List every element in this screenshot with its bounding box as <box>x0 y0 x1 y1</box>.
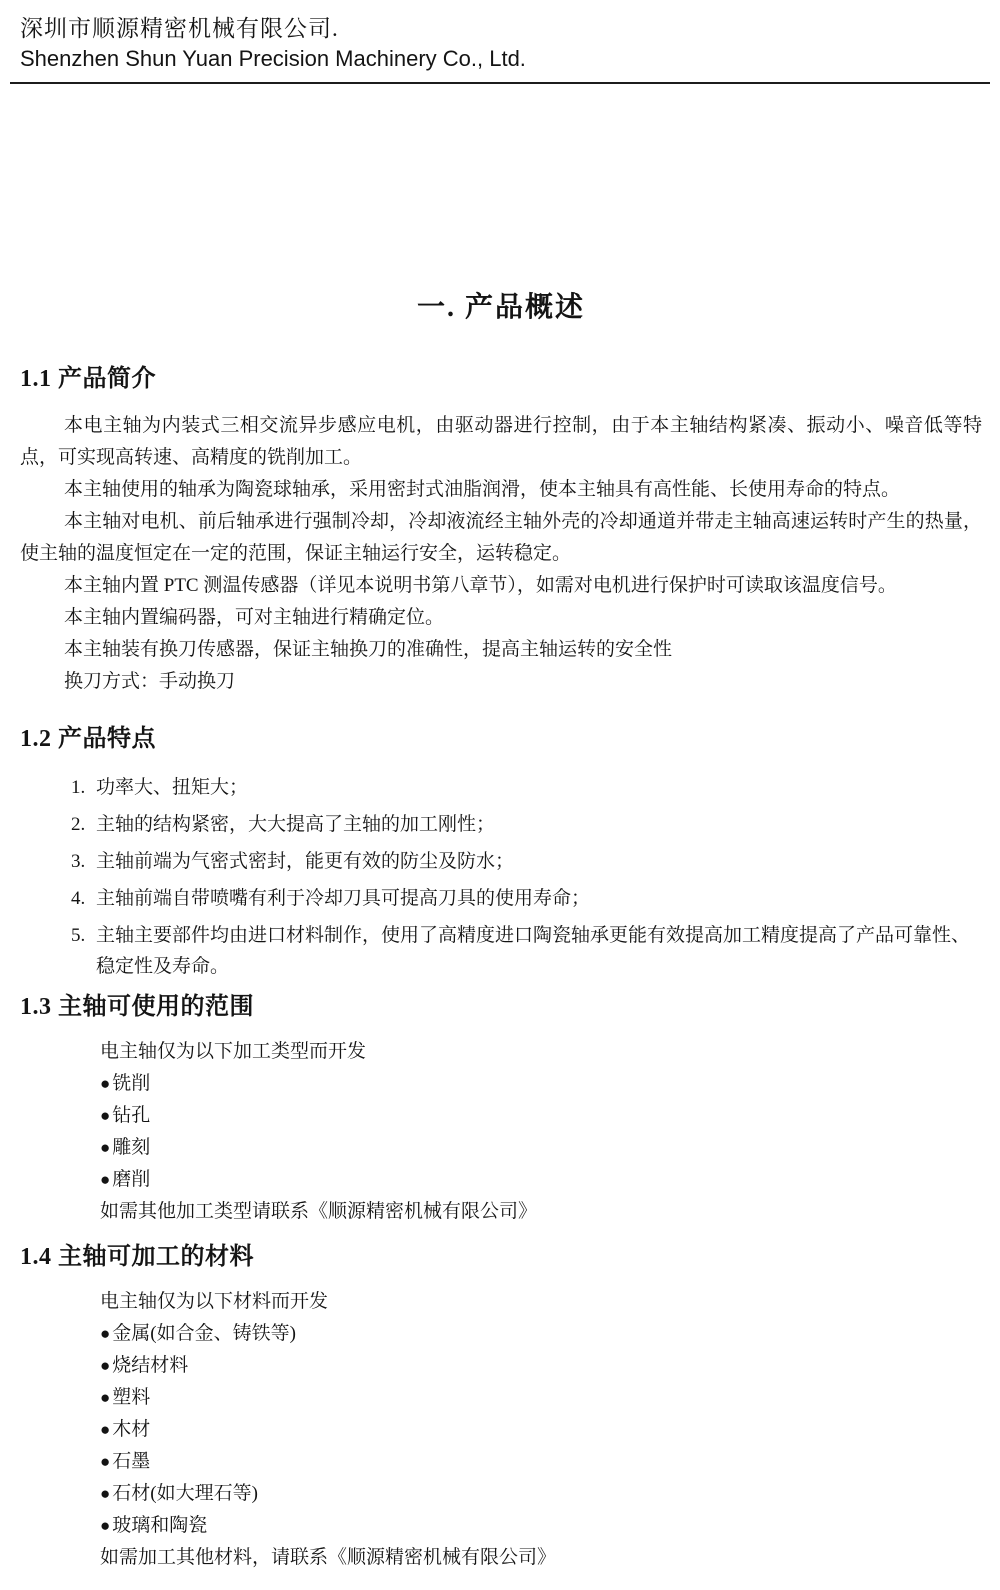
bullet-icon: ● <box>100 1106 110 1125</box>
company-name-en: Shenzhen Shun Yuan Precision Machinery C… <box>20 44 982 74</box>
feature-item: 主轴前端为气密式密封，能更有效的防尘及防水； <box>90 846 982 877</box>
usage-bullet-label: 磨削 <box>112 1169 150 1190</box>
material-bullet-item: ●石材(如大理石等) <box>100 1478 982 1510</box>
bullet-icon: ● <box>100 1356 110 1375</box>
usage-bullet-label: 雕刻 <box>112 1137 150 1158</box>
bullet-icon: ● <box>100 1324 110 1343</box>
section-heading-1-4: 1.4 主轴可加工的材料 <box>20 1240 982 1274</box>
bullet-icon: ● <box>100 1138 110 1157</box>
feature-item: 主轴前端自带喷嘴有利于冷却刀具可提高刀具的使用寿命； <box>90 883 982 914</box>
bullet-icon: ● <box>100 1516 110 1535</box>
paragraph: 本主轴对电机、前后轴承进行强制冷却，冷却液流经主轴外壳的冷却通道并带走主轴高速运… <box>20 506 982 570</box>
company-name-cn: 深圳市顺源精密机械有限公司. <box>20 14 982 44</box>
usage-bullet-label: 铣削 <box>112 1073 150 1094</box>
material-bullet-label: 石墨 <box>112 1451 150 1472</box>
section-heading-1-3: 1.3 主轴可使用的范围 <box>20 990 982 1024</box>
feature-item: 主轴主要部件均由进口材料制作，使用了高精度进口陶瓷轴承更能有效提高加工精度提高了… <box>90 920 982 982</box>
material-bullet-item: ●烧结材料 <box>100 1350 982 1382</box>
document-page: 深圳市顺源精密机械有限公司. Shenzhen Shun Yuan Precis… <box>0 0 1000 1590</box>
material-bullet-label: 塑料 <box>112 1387 150 1408</box>
material-bullet-label: 烧结材料 <box>112 1355 188 1376</box>
material-bullet-label: 石材(如大理石等) <box>112 1483 258 1504</box>
material-bullet-item: ●塑料 <box>100 1382 982 1414</box>
usage-bullet-item: ●磨削 <box>100 1164 982 1196</box>
feature-item: 功率大、扭矩大； <box>90 772 982 803</box>
header-divider <box>10 82 990 84</box>
paragraph: 换刀方式：手动换刀 <box>20 666 982 698</box>
section-1-1-body: 本电主轴为内装式三相交流异步感应电机，由驱动器进行控制，由于本主轴结构紧凑、振动… <box>20 410 982 698</box>
usage-note: 如需其他加工类型请联系《顺源精密机械有限公司》 <box>100 1196 982 1228</box>
material-bullet-item: ●石墨 <box>100 1446 982 1478</box>
bullet-icon: ● <box>100 1484 110 1503</box>
section-1-3-body: 电主轴仅为以下加工类型而开发 ●铣削 ●钻孔 ●雕刻 ●磨削 如需其他加工类型请… <box>100 1036 982 1228</box>
bullet-icon: ● <box>100 1420 110 1439</box>
usage-bullet-item: ●钻孔 <box>100 1100 982 1132</box>
paragraph: 本电主轴为内装式三相交流异步感应电机，由驱动器进行控制，由于本主轴结构紧凑、振动… <box>20 410 982 474</box>
material-note: 如需加工其他材料，请联系《顺源精密机械有限公司》 <box>100 1542 982 1574</box>
material-intro: 电主轴仅为以下材料而开发 <box>100 1286 982 1318</box>
material-bullet-item: ●金属(如合金、铸铁等) <box>100 1318 982 1350</box>
bullet-icon: ● <box>100 1452 110 1471</box>
paragraph: 本主轴使用的轴承为陶瓷球轴承，采用密封式油脂润滑，使本主轴具有高性能、长使用寿命… <box>20 474 982 506</box>
usage-bullet-item: ●雕刻 <box>100 1132 982 1164</box>
section-heading-1-1: 1.1 产品简介 <box>20 362 982 396</box>
section-heading-1-2: 1.2 产品特点 <box>20 722 982 756</box>
paragraph: 本主轴内置 PTC 测温传感器（详见本说明书第八章节），如需对电机进行保护时可读… <box>20 570 982 602</box>
document-title: 一. 产品概述 <box>20 290 982 326</box>
material-bullet-label: 玻璃和陶瓷 <box>112 1515 207 1536</box>
feature-list: 功率大、扭矩大； 主轴的结构紧密，大大提高了主轴的加工刚性； 主轴前端为气密式密… <box>20 772 982 982</box>
bullet-icon: ● <box>100 1388 110 1407</box>
material-bullet-label: 金属(如合金、铸铁等) <box>112 1323 296 1344</box>
material-bullet-item: ●玻璃和陶瓷 <box>100 1510 982 1542</box>
feature-item: 主轴的结构紧密，大大提高了主轴的加工刚性； <box>90 809 982 840</box>
usage-bullet-item: ●铣削 <box>100 1068 982 1100</box>
bullet-icon: ● <box>100 1170 110 1189</box>
section-1-4-body: 电主轴仅为以下材料而开发 ●金属(如合金、铸铁等) ●烧结材料 ●塑料 ●木材 … <box>100 1286 982 1574</box>
paragraph: 本主轴装有换刀传感器，保证主轴换刀的准确性，提高主轴运转的安全性 <box>20 634 982 666</box>
usage-bullet-label: 钻孔 <box>112 1105 150 1126</box>
material-bullet-item: ●木材 <box>100 1414 982 1446</box>
paragraph: 本主轴内置编码器，可对主轴进行精确定位。 <box>20 602 982 634</box>
usage-intro: 电主轴仅为以下加工类型而开发 <box>100 1036 982 1068</box>
bullet-icon: ● <box>100 1074 110 1093</box>
material-bullet-label: 木材 <box>112 1419 150 1440</box>
